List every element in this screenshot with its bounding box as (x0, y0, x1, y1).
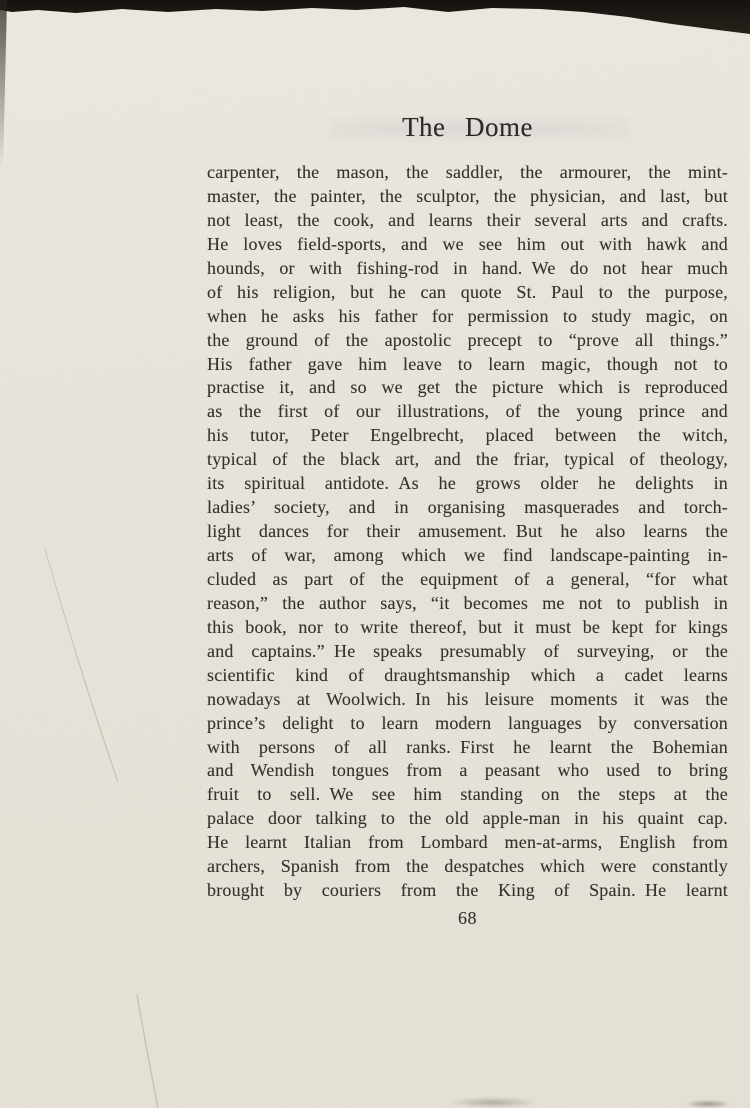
text-line: the ground of the apostolic precept to “… (207, 329, 728, 353)
text-line: He loves field-sports, and we see him ou… (207, 233, 728, 257)
text-line: archers, Spanish from the despatches whi… (207, 855, 728, 879)
text-line: fruit to sell. We see him standing on th… (207, 783, 728, 807)
crease-line-bottom (137, 995, 158, 1108)
text-line: scientific kind of draughtsmanship which… (207, 664, 728, 688)
text-line: its spiritual antidote. As he grows olde… (207, 472, 728, 496)
text-line: and Wendish tongues from a peasant who u… (207, 759, 728, 783)
text-line: carpenter, the mason, the saddler, the a… (207, 161, 728, 185)
text-line: not least, the cook, and learns their se… (207, 209, 728, 233)
scanned-book-page: The Dome carpenter, the mason, the saddl… (0, 0, 750, 1108)
text-line: typical of the black art, and the friar,… (207, 448, 728, 472)
text-line: brought by couriers from the King of Spa… (207, 879, 728, 903)
text-line: hounds, or with fishing-rod in hand. We … (207, 257, 728, 281)
text-line: this book, nor to write thereof, but it … (207, 616, 728, 640)
text-line: as the first of our illustrations, of th… (207, 400, 728, 424)
text-line: arts of war, among which we find landsca… (207, 544, 728, 568)
text-line: light dances for their amusement. But he… (207, 520, 728, 544)
text-line: His father gave him leave to learn magic… (207, 353, 728, 377)
text-line: palace door talking to the old apple-man… (207, 807, 728, 831)
scan-top-edge (0, 0, 750, 36)
text-line: nowadays at Woolwich. In his leisure mom… (207, 688, 728, 712)
text-line: practise it, and so we get the picture w… (207, 376, 728, 400)
bottom-corner-smudge (684, 1100, 732, 1108)
text-line: his tutor, Peter Engelbrecht, placed bet… (207, 424, 728, 448)
page-title: The Dome (207, 112, 728, 143)
text-line: ladies’ society, and in organising masqu… (207, 496, 728, 520)
page-number: 68 (207, 908, 728, 929)
crease-highlight-left (46, 550, 120, 783)
text-line: prince’s delight to learn modern languag… (207, 712, 728, 736)
bottom-edge-smudge (448, 1097, 538, 1108)
text-line: He learnt Italian from Lombard men-at-ar… (207, 831, 728, 855)
text-line: of his religion, but he can quote St. Pa… (207, 281, 728, 305)
text-line: when he asks his father for permission t… (207, 305, 728, 329)
text-line: and captains.” He speaks presumably of s… (207, 640, 728, 664)
text-line: reason,” the author says, “it becomes me… (207, 592, 728, 616)
body-text: carpenter, the mason, the saddler, the a… (207, 161, 728, 903)
text-line: cluded as part of the equipment of a gen… (207, 568, 728, 592)
text-line: master, the painter, the sculptor, the p… (207, 185, 728, 209)
crease-line-left (45, 548, 118, 782)
text-line: with persons of all ranks. First he lear… (207, 736, 728, 760)
scan-left-edge (0, 0, 7, 170)
